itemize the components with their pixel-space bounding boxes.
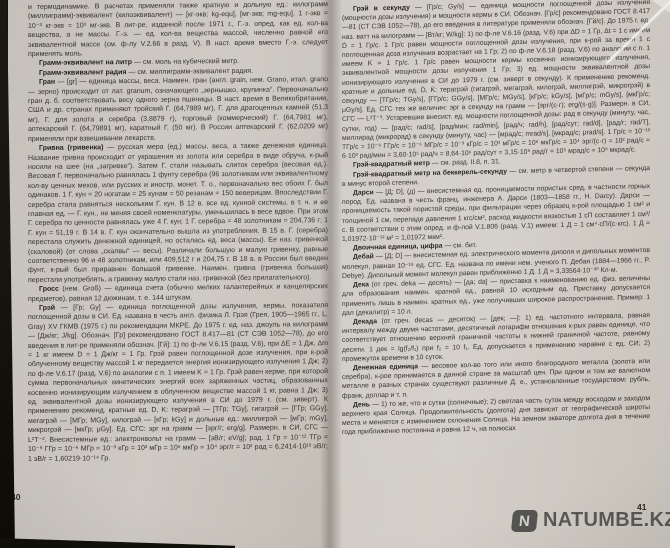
entry-term: День xyxy=(353,401,370,408)
entry-body: — [Гр/с; Gy/s] — единица мощности поглощ… xyxy=(342,0,650,160)
entry-term: Дебай xyxy=(353,254,374,261)
entry-term: Дарси xyxy=(353,189,374,196)
dictionary-entry: Декада (от греч. decas — десяток) — [дек… xyxy=(342,311,650,364)
entry-term: Декада xyxy=(353,318,377,326)
dictionary-entry: Грэй в секунду — [Гр/с; Gy/s] — единица … xyxy=(342,0,650,161)
entry-term: Денежная единица xyxy=(353,363,418,371)
entry-body: (от греч. deka — десять) — [да; da] — пр… xyxy=(342,275,650,317)
watermark: N NATUMBE.KZ xyxy=(512,509,670,532)
entry-term: Грамм-эквивалент радия xyxy=(39,69,127,77)
entry-body: и термодинамике. В расчетах применяли та… xyxy=(28,1,328,58)
entry-term: Грамм-эквивалент на литр xyxy=(39,59,132,67)
entry-term: Гран xyxy=(39,79,55,86)
entry-body: — 1) то же, что и сутки (солнечные); 2) … xyxy=(342,395,650,437)
entry-body: (от греч. decas — десяток) — [дек; —]: 1… xyxy=(342,312,650,363)
watermark-logo-icon: N xyxy=(511,510,538,532)
book-photo: и термодинамике. В расчетах применяли та… xyxy=(0,0,670,548)
watermark-text: NATUMBE.KZ xyxy=(543,509,670,532)
dictionary-entry: День — 1) то же, что и сутки (солнечные)… xyxy=(342,394,650,438)
entry-term: Дека xyxy=(353,281,369,288)
entry-term: Грэй-квадратный метр xyxy=(353,160,430,169)
entry-term: Грэй в секунду xyxy=(353,4,410,12)
entry-term: Гросс xyxy=(39,286,59,293)
dictionary-entry: Дарси — [Д; D], (д) — внесистемная ед. п… xyxy=(342,182,650,244)
entry-body: — см. разд. II.8, п. 31. xyxy=(430,159,501,168)
entry-body: (нем. Groß) — единица счета (обычно мелк… xyxy=(28,283,328,302)
entry-body: — [Д; D], (д) — внесистемная ед. проница… xyxy=(342,183,650,243)
left-page-text: и термодинамике. В расчетах применяли та… xyxy=(28,0,328,493)
dictionary-entry: Грэй — [Гр; Gy] — единица поглощенной до… xyxy=(28,301,328,464)
entry-term: Грэй-квадратный метр на беккерель-секунд… xyxy=(353,168,507,178)
dictionary-entry: Гран — [gr] — единица массы, веса. Наиме… xyxy=(28,75,328,144)
dictionary-entry: Гривна (гривенка) — русская мера (ед.) м… xyxy=(28,141,328,285)
entry-term: Гривна (гривенка) xyxy=(39,144,103,152)
right-page-text: Грэй в секунду — [Гр/с; Gy/s] — единица … xyxy=(342,0,650,511)
entry-body: — см. миллиграмм-эквивалент радия. xyxy=(127,68,254,76)
entry-body: — см. моль на кубический метр. xyxy=(132,58,239,66)
entry-body: — см. бит. xyxy=(443,242,477,250)
entry-body: — [gr] — единица массы, веса. Наимен. гр… xyxy=(28,76,328,142)
entry-body: — русская мера (ед.) массы, веса, а такж… xyxy=(28,142,328,284)
entry-term: Грэй xyxy=(39,305,55,312)
entry-body: — [Гр; Gy] — единица поглощенной дозы из… xyxy=(28,302,328,462)
dictionary-entry: и термодинамике. В расчетах применяли та… xyxy=(28,0,328,59)
